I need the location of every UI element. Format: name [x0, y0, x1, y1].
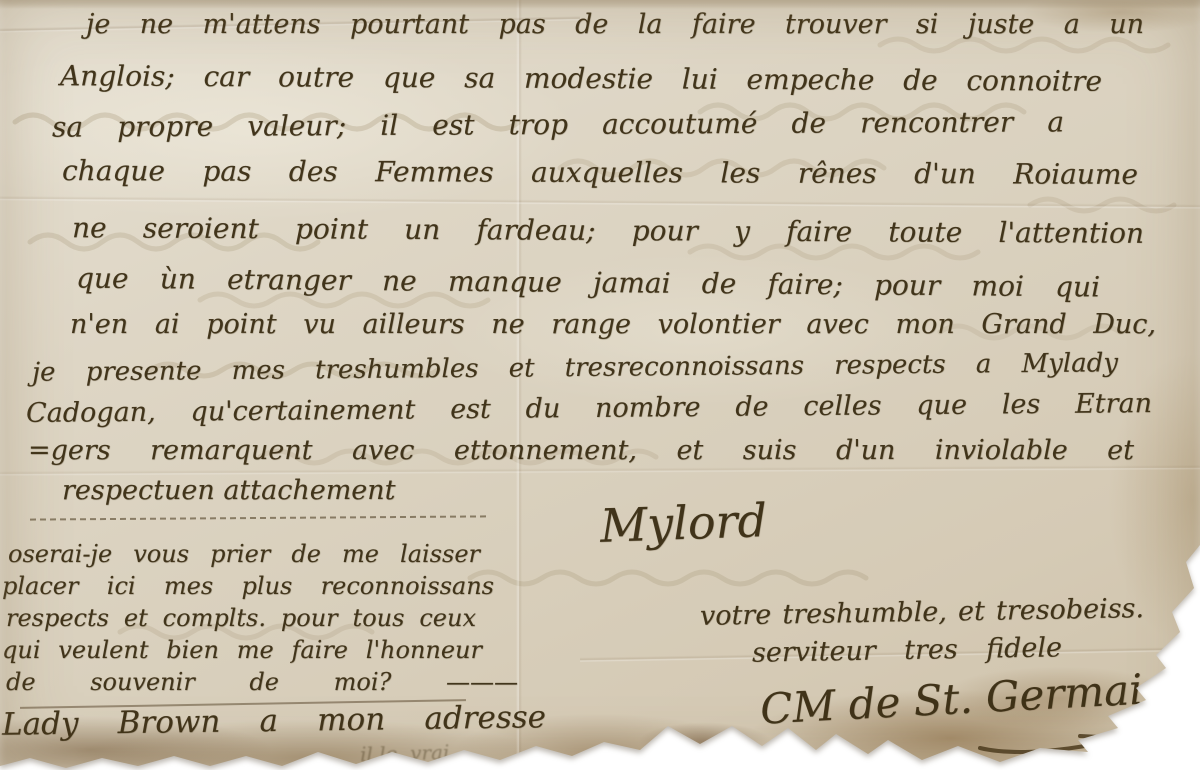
body-line-10: =gers remarquent avec ettonnement, et su…: [28, 436, 1134, 466]
postscript-line-4: qui veulent bien me faire l'honneur: [2, 637, 482, 663]
body-line-9: Cadogan, qu'certainement est du nombre d…: [26, 389, 1152, 429]
paper-top-edge: [0, 0, 1200, 9]
crease-line-upper: [0, 196, 1200, 209]
scanned-letter: je ne m'attens pourtant pas de la faire …: [0, 0, 1200, 770]
body-line-8: je presente mes treshumbles et tresrecon…: [32, 349, 1118, 387]
torn-text-fragment: il le vrai: [360, 741, 450, 765]
body-line-7: n'en ai point vu ailleurs ne range volon…: [70, 310, 1156, 340]
salutation-mylord: Mylord: [599, 495, 768, 551]
postscript-line-2: placer ici mes plus reconnoissans: [2, 573, 494, 599]
body-line-5: ne seroient point un fardeau; pour y fai…: [72, 213, 1144, 249]
body-line-3: sa propre valeur; il est trop accoutumé …: [52, 107, 1064, 143]
postscript-line-5: de souvenir de moi? ———: [6, 669, 518, 695]
body-line-11: respectuen attachement: [62, 476, 396, 506]
body-line-6: que ùn etranger ne manque jamai de faire…: [76, 264, 1100, 304]
closing-line-2: serviteur tres fidele: [752, 633, 1062, 668]
body-line-4: chaque pas des Femmes auxquelles les rên…: [62, 156, 1138, 191]
postscript-separator-line: [30, 515, 486, 520]
closing-line-1: votre treshumble, et tresobeiss.: [700, 594, 1144, 631]
signature: CM de St. Germain: [759, 665, 1171, 733]
paper-sheet: je ne m'attens pourtant pas de la faire …: [0, 0, 1200, 770]
address-note: Lady Brown a mon adresse: [2, 700, 546, 742]
body-line-1: je ne m'attens pourtant pas de la faire …: [86, 10, 1144, 40]
postscript-line-1: oserai-je vous prier de me laisser: [8, 541, 480, 567]
body-line-2: Anglois; car outre que sa modestie lui e…: [60, 61, 1102, 97]
paper-surface: je ne m'attens pourtant pas de la faire …: [0, 0, 1200, 770]
postscript-line-3: respects et complts. pour tous ceux: [6, 605, 476, 631]
